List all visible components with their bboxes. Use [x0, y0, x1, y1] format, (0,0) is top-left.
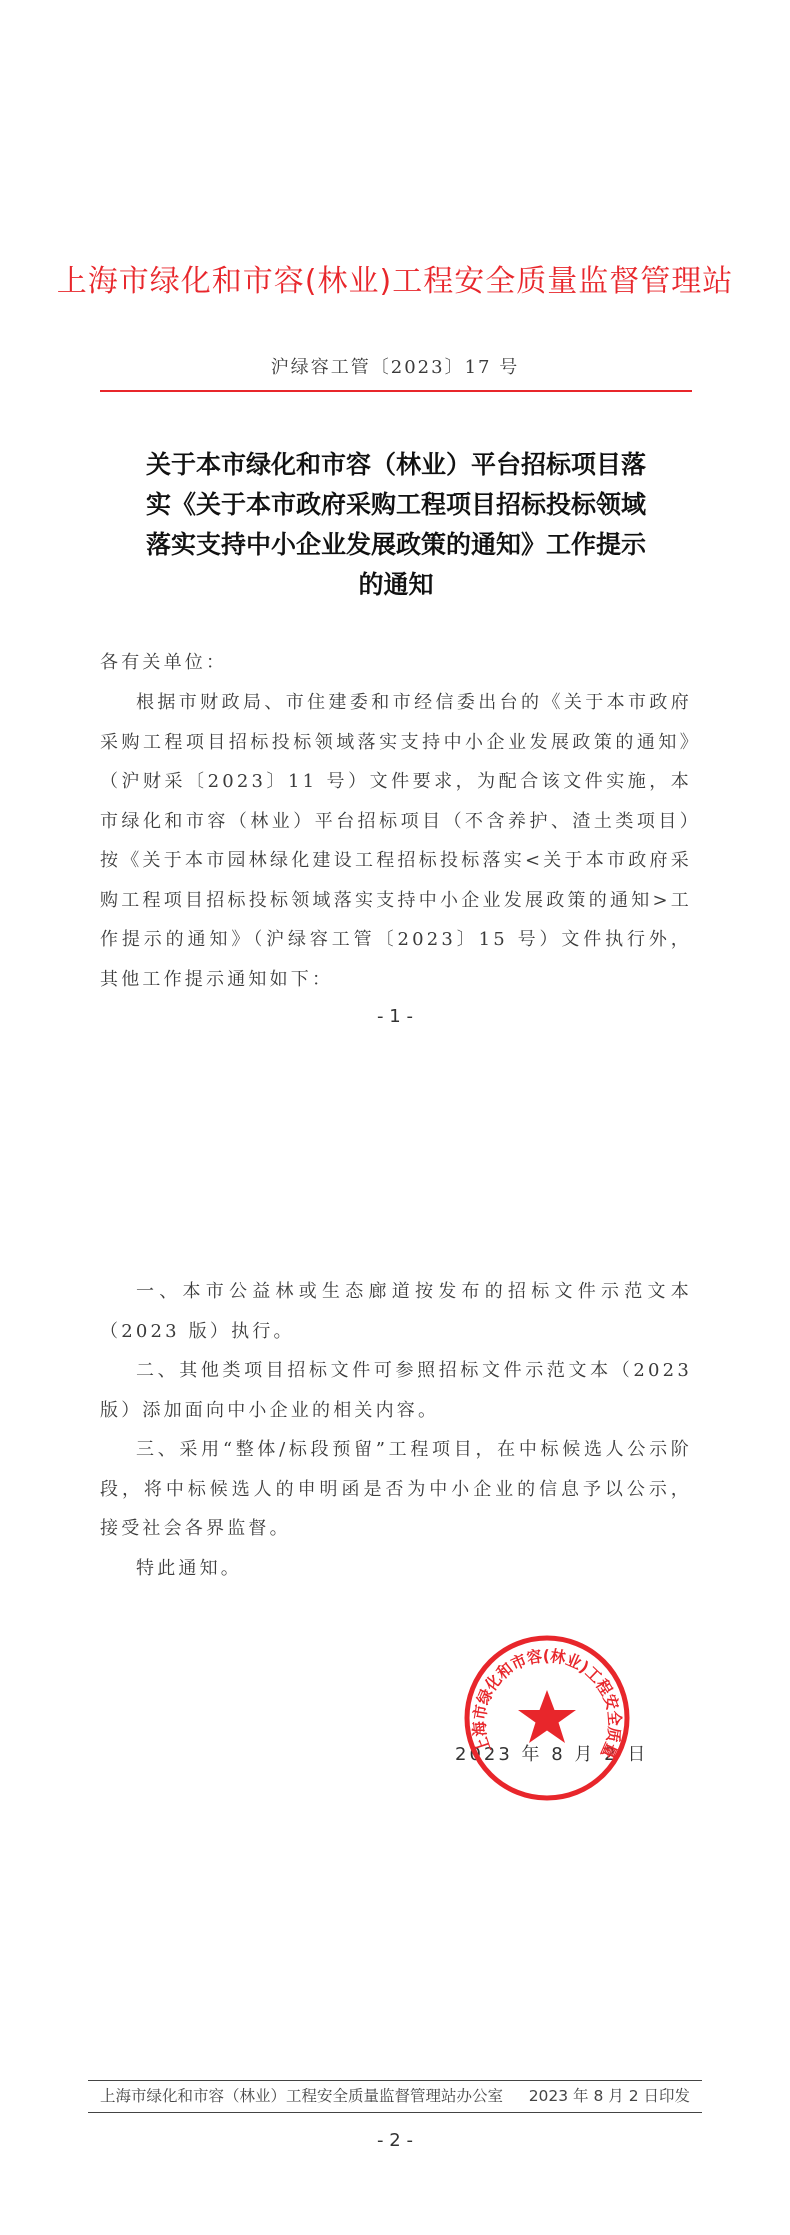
star-icon: [518, 1690, 576, 1743]
salutation: 各有关单位：: [100, 643, 692, 683]
title-line: 关于本市绿化和市容（林业）平台招标项目落: [100, 445, 692, 485]
organization-header: 上海市绿化和市容(林业)工程安全质量监督管理站: [0, 262, 790, 302]
footer-issuance: 上海市绿化和市容（林业）工程安全质量监督管理站办公室 2023 年 8 月 2 …: [100, 2085, 690, 2107]
page-number-2: - 2 -: [0, 2130, 790, 2151]
title-line: 落实支持中小企业发展政策的通知》工作提示: [100, 525, 692, 565]
seal-text: 上海市绿化和市容(林业)工程安全质量监督管理站: [461, 1632, 624, 1761]
title-line: 的通知: [100, 565, 692, 605]
red-divider: [100, 390, 692, 392]
title-line: 实《关于本市政府采购工程项目招标投标领域: [100, 485, 692, 525]
footer-issuer: 上海市绿化和市容（林业）工程安全质量监督管理站办公室: [100, 2085, 503, 2107]
notice-items: 一、本市公益林或生态廊道按发布的招标文件示范文本（2023 版）执行。 二、其他…: [100, 1272, 692, 1588]
footer-rule-top: [88, 2080, 702, 2081]
footer-rule-bottom: [88, 2112, 702, 2113]
notice-item-3: 三、采用“整体/标段预留”工程项目，在中标候选人公示阶段，将中标候选人的申明函是…: [100, 1430, 692, 1549]
notice-title: 关于本市绿化和市容（林业）平台招标项目落 实《关于本市政府采购工程项目招标投标领…: [100, 445, 692, 605]
footer-issue-date: 2023 年 8 月 2 日印发: [529, 2085, 690, 2107]
document-number: 沪绿容工管〔2023〕17 号: [0, 355, 790, 381]
notice-item-2: 二、其他类项目招标文件可参照招标文件示范文本（2023 版）添加面向中小企业的相…: [100, 1351, 692, 1430]
notice-item-1: 一、本市公益林或生态廊道按发布的招标文件示范文本（2023 版）执行。: [100, 1272, 692, 1351]
intro-paragraph: 根据市财政局、市住建委和市经信委出台的《关于本市政府采购工程项目招标投标领域落实…: [100, 683, 692, 999]
official-seal: 上海市绿化和市容(林业)工程安全质量监督管理站: [461, 1632, 633, 1804]
closing: 特此通知。: [100, 1549, 692, 1589]
page-number-1: - 1 -: [0, 1006, 790, 1027]
